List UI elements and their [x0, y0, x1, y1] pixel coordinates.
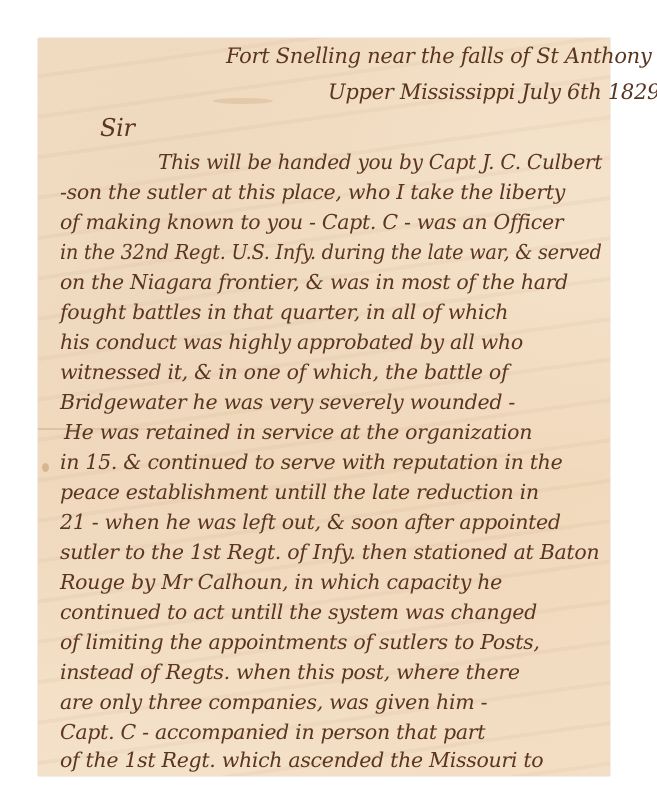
letter-page: Fort Snelling near the falls of St Antho… [38, 38, 610, 776]
letter-line: Capt. C - accompanied in person that par… [60, 720, 485, 744]
letter-line: peace establishment untill the late redu… [60, 480, 539, 504]
letter-line: -son the sutler at this place, who I tak… [60, 180, 565, 204]
letter-heading-place: Fort Snelling near the falls of St Antho… [226, 44, 651, 68]
letter-line: of limiting the appointments of sutlers … [60, 630, 540, 654]
letter-heading-date: Upper Mississippi July 6th 1829 [328, 80, 657, 104]
letter-line: fought battles in that quarter, in all o… [60, 300, 508, 324]
letter-line: 21 - when he was left out, & soon after … [60, 510, 561, 534]
letter-line: of making known to you - Capt. C - was a… [60, 210, 563, 234]
letter-line: witnessed it, & in one of which, the bat… [60, 360, 508, 384]
letter-line: sutler to the 1st Regt. of Infy. then st… [60, 540, 599, 564]
letter-line: in the 32nd Regt. U.S. Infy. during the … [60, 240, 602, 264]
paper-stain [213, 98, 273, 104]
letter-line: instead of Regts. when this post, where … [60, 660, 520, 684]
paper-stain [42, 463, 49, 472]
letter-line: He was retained in service at the organi… [64, 420, 532, 444]
letter-salutation: Sir [100, 114, 135, 142]
letter-line: Bridgewater he was very severely wounded… [60, 390, 515, 414]
letter-line: continued to act untill the system was c… [60, 600, 537, 624]
letter-line: are only three companies, was given him … [60, 690, 487, 714]
letter-line: This will be handed you by Capt J. C. Cu… [158, 150, 602, 174]
letter-line: of the 1st Regt. which ascended the Miss… [60, 748, 543, 772]
letter-line: Rouge by Mr Calhoun, in which capacity h… [60, 570, 502, 594]
letter-line: in 15. & continued to serve with reputat… [60, 450, 562, 474]
letter-line: his conduct was highly approbated by all… [60, 330, 523, 354]
letter-line: on the Niagara frontier, & was in most o… [60, 270, 568, 294]
